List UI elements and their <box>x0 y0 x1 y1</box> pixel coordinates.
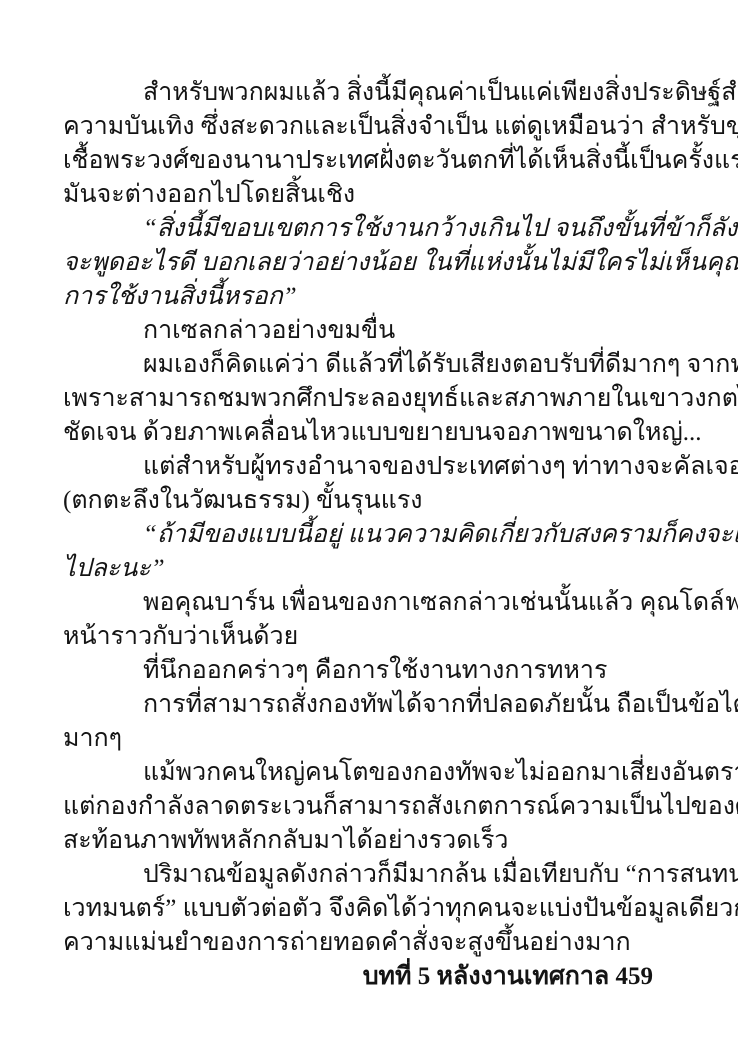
text-line: ที่นึกออกคร่าวๆ คือการใช้งานทางการทหาร <box>63 654 681 688</box>
text-line: (ตกตะลึงในวัฒนธรรม) ขั้นรุนแรง <box>63 484 681 518</box>
text-line: พอคุณบาร์น เพื่อนของกาเซลกล่าวเช่นนั้นแล… <box>63 586 681 620</box>
text-line: กาเซลกล่าวอย่างขมขื่น <box>63 314 681 348</box>
text-line: แต่กองกำลังลาดตระเวนก็สามารถสังเกตการณ์ค… <box>63 790 681 824</box>
text-line: เชื้อพระวงศ์ของนานาประเทศฝั่งตะวันตกที่ไ… <box>63 144 681 178</box>
text-line: ปริมาณข้อมูลดังกล่าวก็มีมากล้น เมื่อเทีย… <box>63 858 681 892</box>
text-line: มากๆ <box>63 722 681 756</box>
text-line: สำหรับพวกผมแล้ว สิ่งนี้มีคุณค่าเป็นแค่เพ… <box>63 76 681 110</box>
text-block: สำหรับพวกผมแล้ว สิ่งนี้มีคุณค่าเป็นแค่เพ… <box>63 76 681 994</box>
text-line: ไปละนะ” <box>63 552 681 586</box>
text-line: การที่สามารถสั่งกองทัพได้จากที่ปลอดภัยนั… <box>63 688 681 722</box>
text-line: เพราะสามารถชมพวกศึกประลองยุทธ์และสภาพภาย… <box>63 382 681 416</box>
text-line: “ถ้ามีของแบบนี้อยู่ แนวความคิดเกี่ยวกับส… <box>63 518 681 552</box>
page-footer: บทที่ 5 หลังงานเทศกาล 459 <box>63 960 681 994</box>
text-line: สะท้อนภาพทัพหลักกลับมาได้อย่างรวดเร็ว <box>63 824 681 858</box>
text-line: แม้พวกคนใหญ่คนโตของกองทัพจะไม่ออกมาเสี่ย… <box>63 756 681 790</box>
text-line: จะพูดอะไรดี บอกเลยว่าอย่างน้อย ในที่แห่ง… <box>63 246 681 280</box>
document-page: สำหรับพวกผมแล้ว สิ่งนี้มีคุณค่าเป็นแค่เพ… <box>0 0 738 1051</box>
text-line: ความบันเทิง ซึ่งสะดวกและเป็นสิ่งจำเป็น แ… <box>63 110 681 144</box>
text-line: แต่สำหรับผู้ทรงอำนาจของประเทศต่างๆ ท่าทา… <box>63 450 681 484</box>
text-line: การใช้งานสิ่งนี้หรอก” <box>63 280 681 314</box>
text-line: “สิ่งนี้มีขอบเขตการใช้งานกว้างเกินไป จนถ… <box>63 212 681 246</box>
text-line: หน้าราวกับว่าเห็นด้วย <box>63 620 681 654</box>
text-line: เวทมนตร์” แบบตัวต่อตัว จึงคิดได้ว่าทุกคน… <box>63 892 681 926</box>
text-line: ชัดเจน ด้วยภาพเคลื่อนไหวแบบขยายบนจอภาพขน… <box>63 416 681 450</box>
text-line: ความแม่นยำของการถ่ายทอดคำสั่งจะสูงขึ้นอย… <box>63 926 681 960</box>
text-line: ผมเองก็คิดแค่ว่า ดีแล้วที่ได้รับเสียงตอบ… <box>63 348 681 382</box>
text-line: มันจะต่างออกไปโดยสิ้นเชิง <box>63 178 681 212</box>
